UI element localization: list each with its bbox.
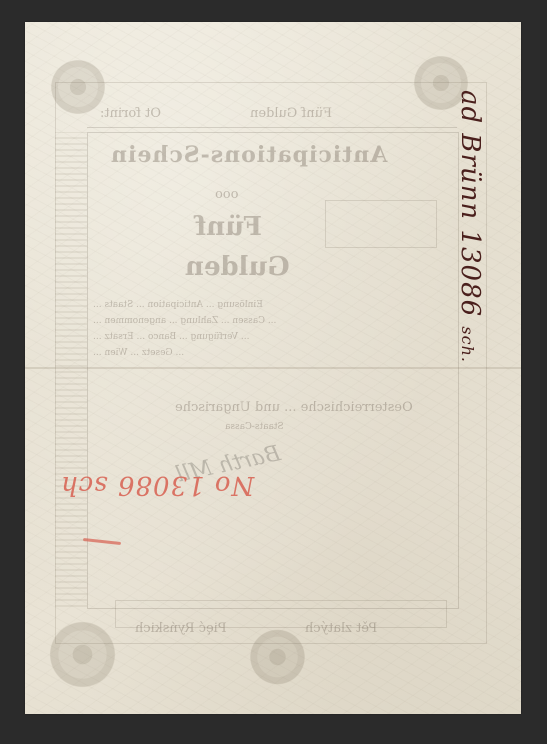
ghost-footer-left: Pięć Ryńskich xyxy=(135,621,227,636)
brown-annotation-suffix: sch. xyxy=(458,326,477,363)
banknote-paper: Ot forint: Fünf Gulden Anticipations-Sch… xyxy=(25,22,521,714)
ghost-header-left: Ot forint: xyxy=(100,106,161,121)
ghost-footer-right: Pět zlatých xyxy=(305,621,377,636)
ghost-title: Anticipations-Schein xyxy=(110,142,387,168)
brown-annotation-text: ad Brünn 13086 xyxy=(455,90,485,317)
ghost-body-line: ... Cassen ... Zahlung ... angenommen ..… xyxy=(93,316,276,326)
brown-ink-annotation: ad Brünn 13086 sch. xyxy=(455,90,485,363)
ghost-closing-line: Oesterreichische ... und Ungarische xyxy=(175,400,413,415)
ghost-value-digits: ooo xyxy=(215,187,238,202)
ghost-panel-box xyxy=(325,200,437,248)
ghost-header-right: Fünf Gulden xyxy=(250,106,332,121)
ghost-value-line-1: Fünf xyxy=(195,212,262,242)
ghost-body-line: ... Verfügung ... Banco ... Ersatz ... xyxy=(93,332,250,342)
guilloche-side-band xyxy=(55,132,87,607)
ghost-body-line: ... Gesetz ... Wien ... xyxy=(93,348,184,358)
ghost-closing-sub: Staats-Cassa xyxy=(225,422,284,432)
rosette-ornament-bottom-left xyxy=(45,617,120,692)
seal-ornament-bottom xyxy=(250,622,305,692)
red-ink-annotation: No 13086 sch xyxy=(60,470,254,500)
header-rule xyxy=(87,127,457,128)
ghost-value-line-2: Gulden xyxy=(185,252,290,282)
ghost-body-line: Einlösung ... Anticipation ... Staats ..… xyxy=(93,300,263,310)
